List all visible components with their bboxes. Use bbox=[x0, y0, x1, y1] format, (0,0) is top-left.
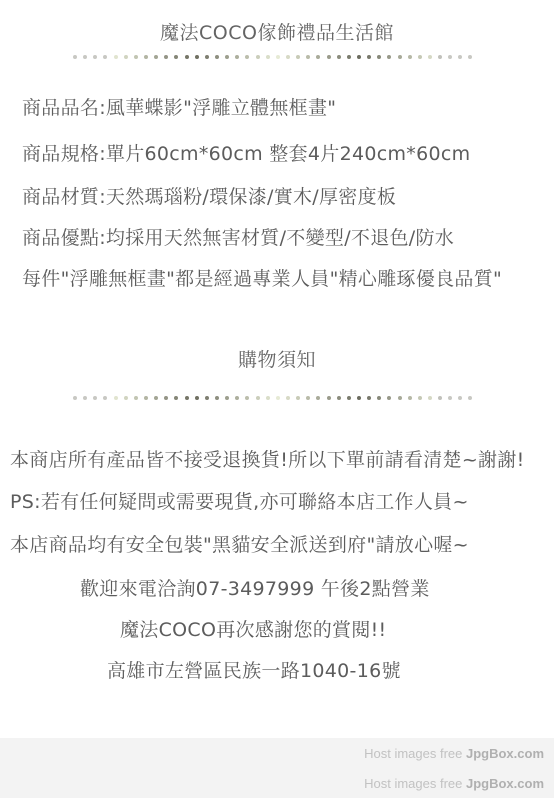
divider-dot bbox=[276, 55, 280, 59]
divider-dot bbox=[144, 55, 148, 59]
packaging-notice: 本店商品均有安全包裝"黑貓安全派送到府"請放心喔~ bbox=[10, 530, 469, 557]
divider-dot bbox=[316, 55, 320, 59]
product-spec-line: 商品規格:單片60cm*60cm 整套4片240cm*60cm bbox=[22, 139, 470, 166]
divider-dot bbox=[458, 396, 462, 400]
divider-dot bbox=[347, 55, 351, 59]
divider-dot bbox=[185, 396, 189, 400]
divider-dot bbox=[174, 55, 178, 59]
divider-dot bbox=[235, 55, 239, 59]
credit-prefix: Host images free bbox=[364, 746, 466, 761]
divider-dot bbox=[215, 55, 219, 59]
shopping-notice-heading: 購物須知 bbox=[0, 345, 554, 372]
divider-dot bbox=[398, 55, 402, 59]
divider-dot bbox=[448, 396, 452, 400]
divider-dot bbox=[164, 55, 168, 59]
contact-staff-notice: PS:若有任何疑問或需要現貨,亦可聯絡本店工作人員~ bbox=[10, 487, 469, 514]
divider-dot bbox=[296, 55, 300, 59]
divider-dot bbox=[428, 55, 432, 59]
divider-dot bbox=[387, 396, 391, 400]
contact-phone-line: 歡迎來電洽詢07-3497999 午後2點營業 bbox=[80, 574, 430, 601]
divider-dot bbox=[93, 55, 97, 59]
divider-dot bbox=[357, 396, 361, 400]
divider-dot bbox=[205, 396, 209, 400]
product-quality-line: 每件"浮雕無框畫"都是經過專業人員"精心雕琢優良品質" bbox=[22, 264, 502, 291]
divider-dot bbox=[296, 396, 300, 400]
divider-dot bbox=[316, 396, 320, 400]
dotted-divider-top bbox=[73, 54, 473, 60]
divider-dot bbox=[438, 396, 442, 400]
divider-dot bbox=[114, 55, 118, 59]
product-name-line: 商品品名:風華蝶影"浮雕立體無框畫" bbox=[22, 93, 336, 120]
divider-dot bbox=[93, 396, 97, 400]
divider-dot bbox=[245, 55, 249, 59]
divider-dot bbox=[195, 55, 199, 59]
divider-dot bbox=[448, 55, 452, 59]
divider-dot bbox=[276, 396, 280, 400]
divider-dot bbox=[468, 396, 472, 400]
divider-dot bbox=[377, 396, 381, 400]
divider-dot bbox=[418, 55, 422, 59]
divider-dot bbox=[408, 396, 412, 400]
divider-dot bbox=[266, 396, 270, 400]
divider-dot bbox=[357, 55, 361, 59]
divider-dot bbox=[114, 396, 118, 400]
divider-dot bbox=[174, 396, 178, 400]
divider-dot bbox=[215, 396, 219, 400]
divider-dot bbox=[134, 55, 138, 59]
divider-dot bbox=[225, 55, 229, 59]
divider-dot bbox=[327, 396, 331, 400]
divider-dot bbox=[367, 396, 371, 400]
divider-dot bbox=[154, 396, 158, 400]
divider-dot bbox=[144, 396, 148, 400]
divider-dot bbox=[337, 396, 341, 400]
divider-dot bbox=[337, 55, 341, 59]
divider-dot bbox=[103, 396, 107, 400]
address-line: 高雄市左營區民族一路1040-16號 bbox=[107, 656, 401, 683]
product-material-line: 商品材質:天然瑪瑙粉/環保漆/實木/厚密度板 bbox=[22, 182, 396, 209]
divider-dot bbox=[235, 396, 239, 400]
divider-dot bbox=[286, 396, 290, 400]
divider-dot bbox=[266, 55, 270, 59]
divider-dot bbox=[185, 55, 189, 59]
divider-dot bbox=[377, 55, 381, 59]
divider-dot bbox=[468, 55, 472, 59]
credit-prefix: Host images free bbox=[364, 776, 466, 791]
divider-dot bbox=[225, 396, 229, 400]
credit-brand: JpgBox.com bbox=[466, 776, 544, 791]
divider-dot bbox=[306, 396, 310, 400]
thanks-line: 魔法COCO再次感謝您的賞閱!! bbox=[120, 615, 386, 642]
divider-dot bbox=[83, 55, 87, 59]
divider-dot bbox=[367, 55, 371, 59]
divider-dot bbox=[73, 396, 77, 400]
divider-dot bbox=[256, 55, 260, 59]
host-credit-2[interactable]: Host images free JpgBox.com bbox=[364, 776, 544, 791]
shop-title: 魔法COCO傢飾禮品生活館 bbox=[0, 18, 554, 45]
dotted-divider-bottom bbox=[73, 395, 473, 401]
divider-dot bbox=[205, 55, 209, 59]
divider-dot bbox=[256, 396, 260, 400]
host-credit-1[interactable]: Host images free JpgBox.com bbox=[364, 746, 544, 761]
divider-dot bbox=[245, 396, 249, 400]
divider-dot bbox=[124, 55, 128, 59]
divider-dot bbox=[73, 55, 77, 59]
divider-dot bbox=[154, 55, 158, 59]
divider-dot bbox=[438, 55, 442, 59]
divider-dot bbox=[286, 55, 290, 59]
divider-dot bbox=[327, 55, 331, 59]
no-return-notice: 本商店所有產品皆不接受退換貨!所以下單前請看清楚~謝謝! bbox=[10, 445, 525, 472]
product-advantage-line: 商品優點:均採用天然無害材質/不變型/不退色/防水 bbox=[22, 223, 454, 250]
divider-dot bbox=[398, 396, 402, 400]
divider-dot bbox=[134, 396, 138, 400]
divider-dot bbox=[347, 396, 351, 400]
footer-watermark-bar: Host images free JpgBox.com Host images … bbox=[0, 738, 554, 798]
divider-dot bbox=[164, 396, 168, 400]
divider-dot bbox=[387, 55, 391, 59]
divider-dot bbox=[418, 396, 422, 400]
divider-dot bbox=[458, 55, 462, 59]
divider-dot bbox=[428, 396, 432, 400]
divider-dot bbox=[306, 55, 310, 59]
divider-dot bbox=[195, 396, 199, 400]
divider-dot bbox=[83, 396, 87, 400]
divider-dot bbox=[103, 55, 107, 59]
divider-dot bbox=[408, 55, 412, 59]
credit-brand: JpgBox.com bbox=[466, 746, 544, 761]
divider-dot bbox=[124, 396, 128, 400]
